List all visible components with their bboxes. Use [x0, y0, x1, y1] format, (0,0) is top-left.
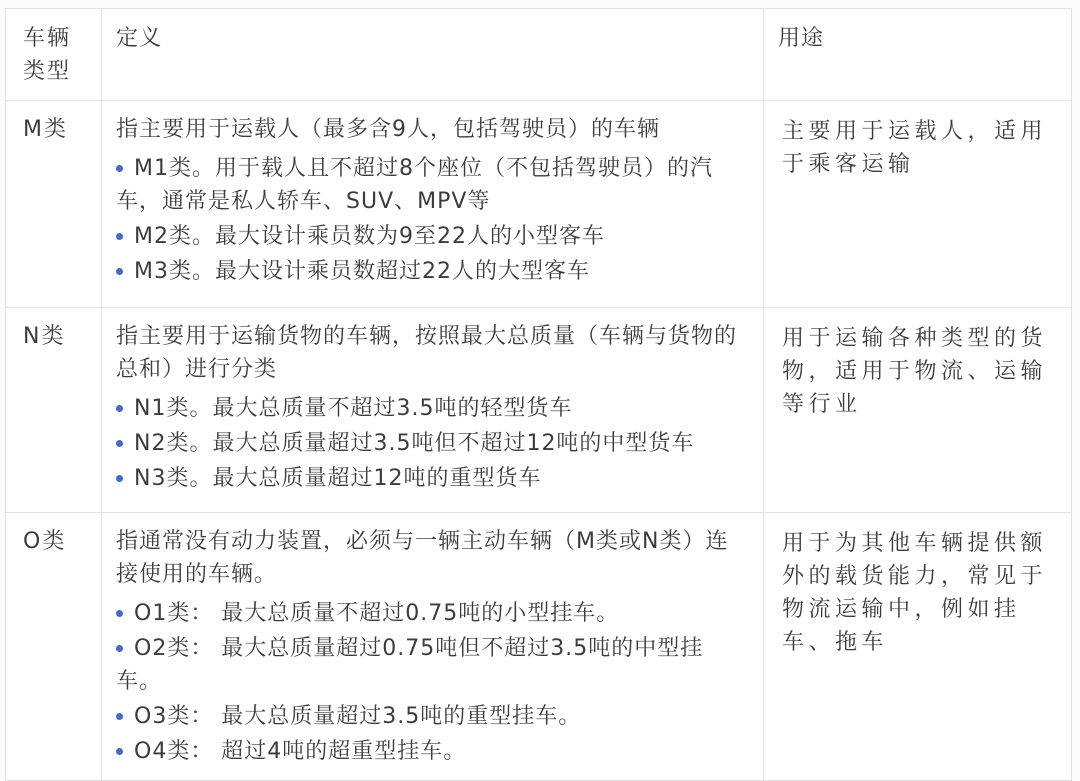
classification-table: 车辆类型 定义 用途 M类 指主要用于运载人（最多含9人，包括驾驶员）的车辆 M… — [5, 8, 1072, 754]
list-item: N3类。最大总质量超过12吨的重型货车 — [116, 462, 749, 495]
definition-intro: 指主要用于运载人（最多含9人，包括驾驶员）的车辆 — [116, 113, 749, 146]
usage-cell: 主要用于运载人，适用于乘客运输 — [764, 101, 1072, 308]
definition-list: M1类。用于载人且不超过8个座位（不包括驾驶员）的汽车，通常是私人轿车、SUV、… — [116, 152, 749, 288]
header-row: 车辆类型 定义 用途 — [6, 9, 1072, 101]
bullet-icon — [116, 440, 123, 447]
definition-list: O1类： 最大总质量不超过0.75吨的小型挂车。 O2类： 最大总质量超过0.7… — [116, 597, 749, 754]
bullet-icon — [116, 645, 123, 652]
bullet-icon — [116, 233, 123, 240]
list-item-text: M1类。用于载人且不超过8个座位（不包括驾驶员）的汽车，通常是私人轿车、SUV、… — [116, 156, 713, 214]
list-item-text: M3类。最大设计乘员数超过22人的大型客车 — [134, 259, 590, 284]
list-item: N1类。最大总质量不超过3.5吨的轻型货车 — [116, 392, 749, 425]
list-item-text: O4类： 超过4吨的超重型挂车。 — [134, 739, 466, 754]
header-definition: 定义 — [102, 9, 764, 101]
definition-intro: 指主要用于运输货物的车辆，按照最大总质量（车辆与货物的总和）进行分类 — [116, 320, 749, 386]
vehicle-type-label: M类 — [6, 101, 102, 308]
list-item: M2类。最大设计乘员数为9至22人的小型客车 — [116, 220, 749, 253]
table-row-n-class: N类 指主要用于运输货物的车辆，按照最大总质量（车辆与货物的总和）进行分类 N1… — [6, 308, 1072, 513]
list-item-text: N3类。最大总质量超过12吨的重型货车 — [134, 466, 541, 491]
list-item: M3类。最大设计乘员数超过22人的大型客车 — [116, 255, 749, 288]
usage-text: 主要用于运载人，适用于乘客运输 — [782, 115, 1057, 181]
list-item-text: N1类。最大总质量不超过3.5吨的轻型货车 — [134, 396, 572, 421]
list-item-text: M2类。最大设计乘员数为9至22人的小型客车 — [134, 224, 605, 249]
bullet-icon — [116, 610, 123, 617]
bullet-icon — [116, 405, 123, 412]
header-vehicle-type: 车辆类型 — [6, 9, 102, 101]
list-item: O2类： 最大总质量超过0.75吨但不超过3.5吨的中型挂车。 — [116, 632, 749, 698]
list-item: O3类： 最大总质量超过3.5吨的重型挂车。 — [116, 700, 749, 733]
definition-list: N1类。最大总质量不超过3.5吨的轻型货车 N2类。最大总质量超过3.5吨但不超… — [116, 392, 749, 495]
usage-text: 用于运输各种类型的货物，适用于物流、运输等行业 — [782, 322, 1057, 421]
list-item: O4类： 超过4吨的超重型挂车。 — [116, 735, 749, 754]
bullet-icon — [116, 748, 123, 754]
vehicle-type-label: N类 — [6, 308, 102, 513]
vehicle-type-label: O类 — [6, 513, 102, 755]
bullet-icon — [116, 165, 123, 172]
usage-text: 用于为其他车辆提供额外的载货能力，常见于物流运输中，例如挂车、拖车 — [782, 527, 1057, 659]
definition-intro: 指通常没有动力装置，必须与一辆主动车辆（M类或N类）连接使用的车辆。 — [116, 525, 749, 591]
list-item-text: O2类： 最大总质量超过0.75吨但不超过3.5吨的中型挂车。 — [116, 636, 703, 694]
definition-cell: 指主要用于运载人（最多含9人，包括驾驶员）的车辆 M1类。用于载人且不超过8个座… — [102, 101, 764, 308]
list-item-text: N2类。最大总质量超过3.5吨但不超过12吨的中型货车 — [134, 431, 694, 456]
list-item: M1类。用于载人且不超过8个座位（不包括驾驶员）的汽车，通常是私人轿车、SUV、… — [116, 152, 749, 218]
vehicle-classification-table: 车辆类型 定义 用途 M类 指主要用于运载人（最多含9人，包括驾驶员）的车辆 M… — [5, 8, 1072, 746]
list-item: O1类： 最大总质量不超过0.75吨的小型挂车。 — [116, 597, 749, 630]
table-row-m-class: M类 指主要用于运载人（最多含9人，包括驾驶员）的车辆 M1类。用于载人且不超过… — [6, 101, 1072, 308]
list-item: N2类。最大总质量超过3.5吨但不超过12吨的中型货车 — [116, 427, 749, 460]
usage-cell: 用于为其他车辆提供额外的载货能力，常见于物流运输中，例如挂车、拖车 — [764, 513, 1072, 755]
definition-cell: 指主要用于运输货物的车辆，按照最大总质量（车辆与货物的总和）进行分类 N1类。最… — [102, 308, 764, 513]
bullet-icon — [116, 268, 123, 275]
list-item-text: O1类： 最大总质量不超过0.75吨的小型挂车。 — [134, 601, 619, 626]
bullet-icon — [116, 713, 123, 720]
definition-cell: 指通常没有动力装置，必须与一辆主动车辆（M类或N类）连接使用的车辆。 O1类： … — [102, 513, 764, 755]
table-row-o-class: O类 指通常没有动力装置，必须与一辆主动车辆（M类或N类）连接使用的车辆。 O1… — [6, 513, 1072, 755]
list-item-text: O3类： 最大总质量超过3.5吨的重型挂车。 — [134, 704, 581, 729]
header-usage: 用途 — [764, 9, 1072, 101]
usage-cell: 用于运输各种类型的货物，适用于物流、运输等行业 — [764, 308, 1072, 513]
bullet-icon — [116, 475, 123, 482]
